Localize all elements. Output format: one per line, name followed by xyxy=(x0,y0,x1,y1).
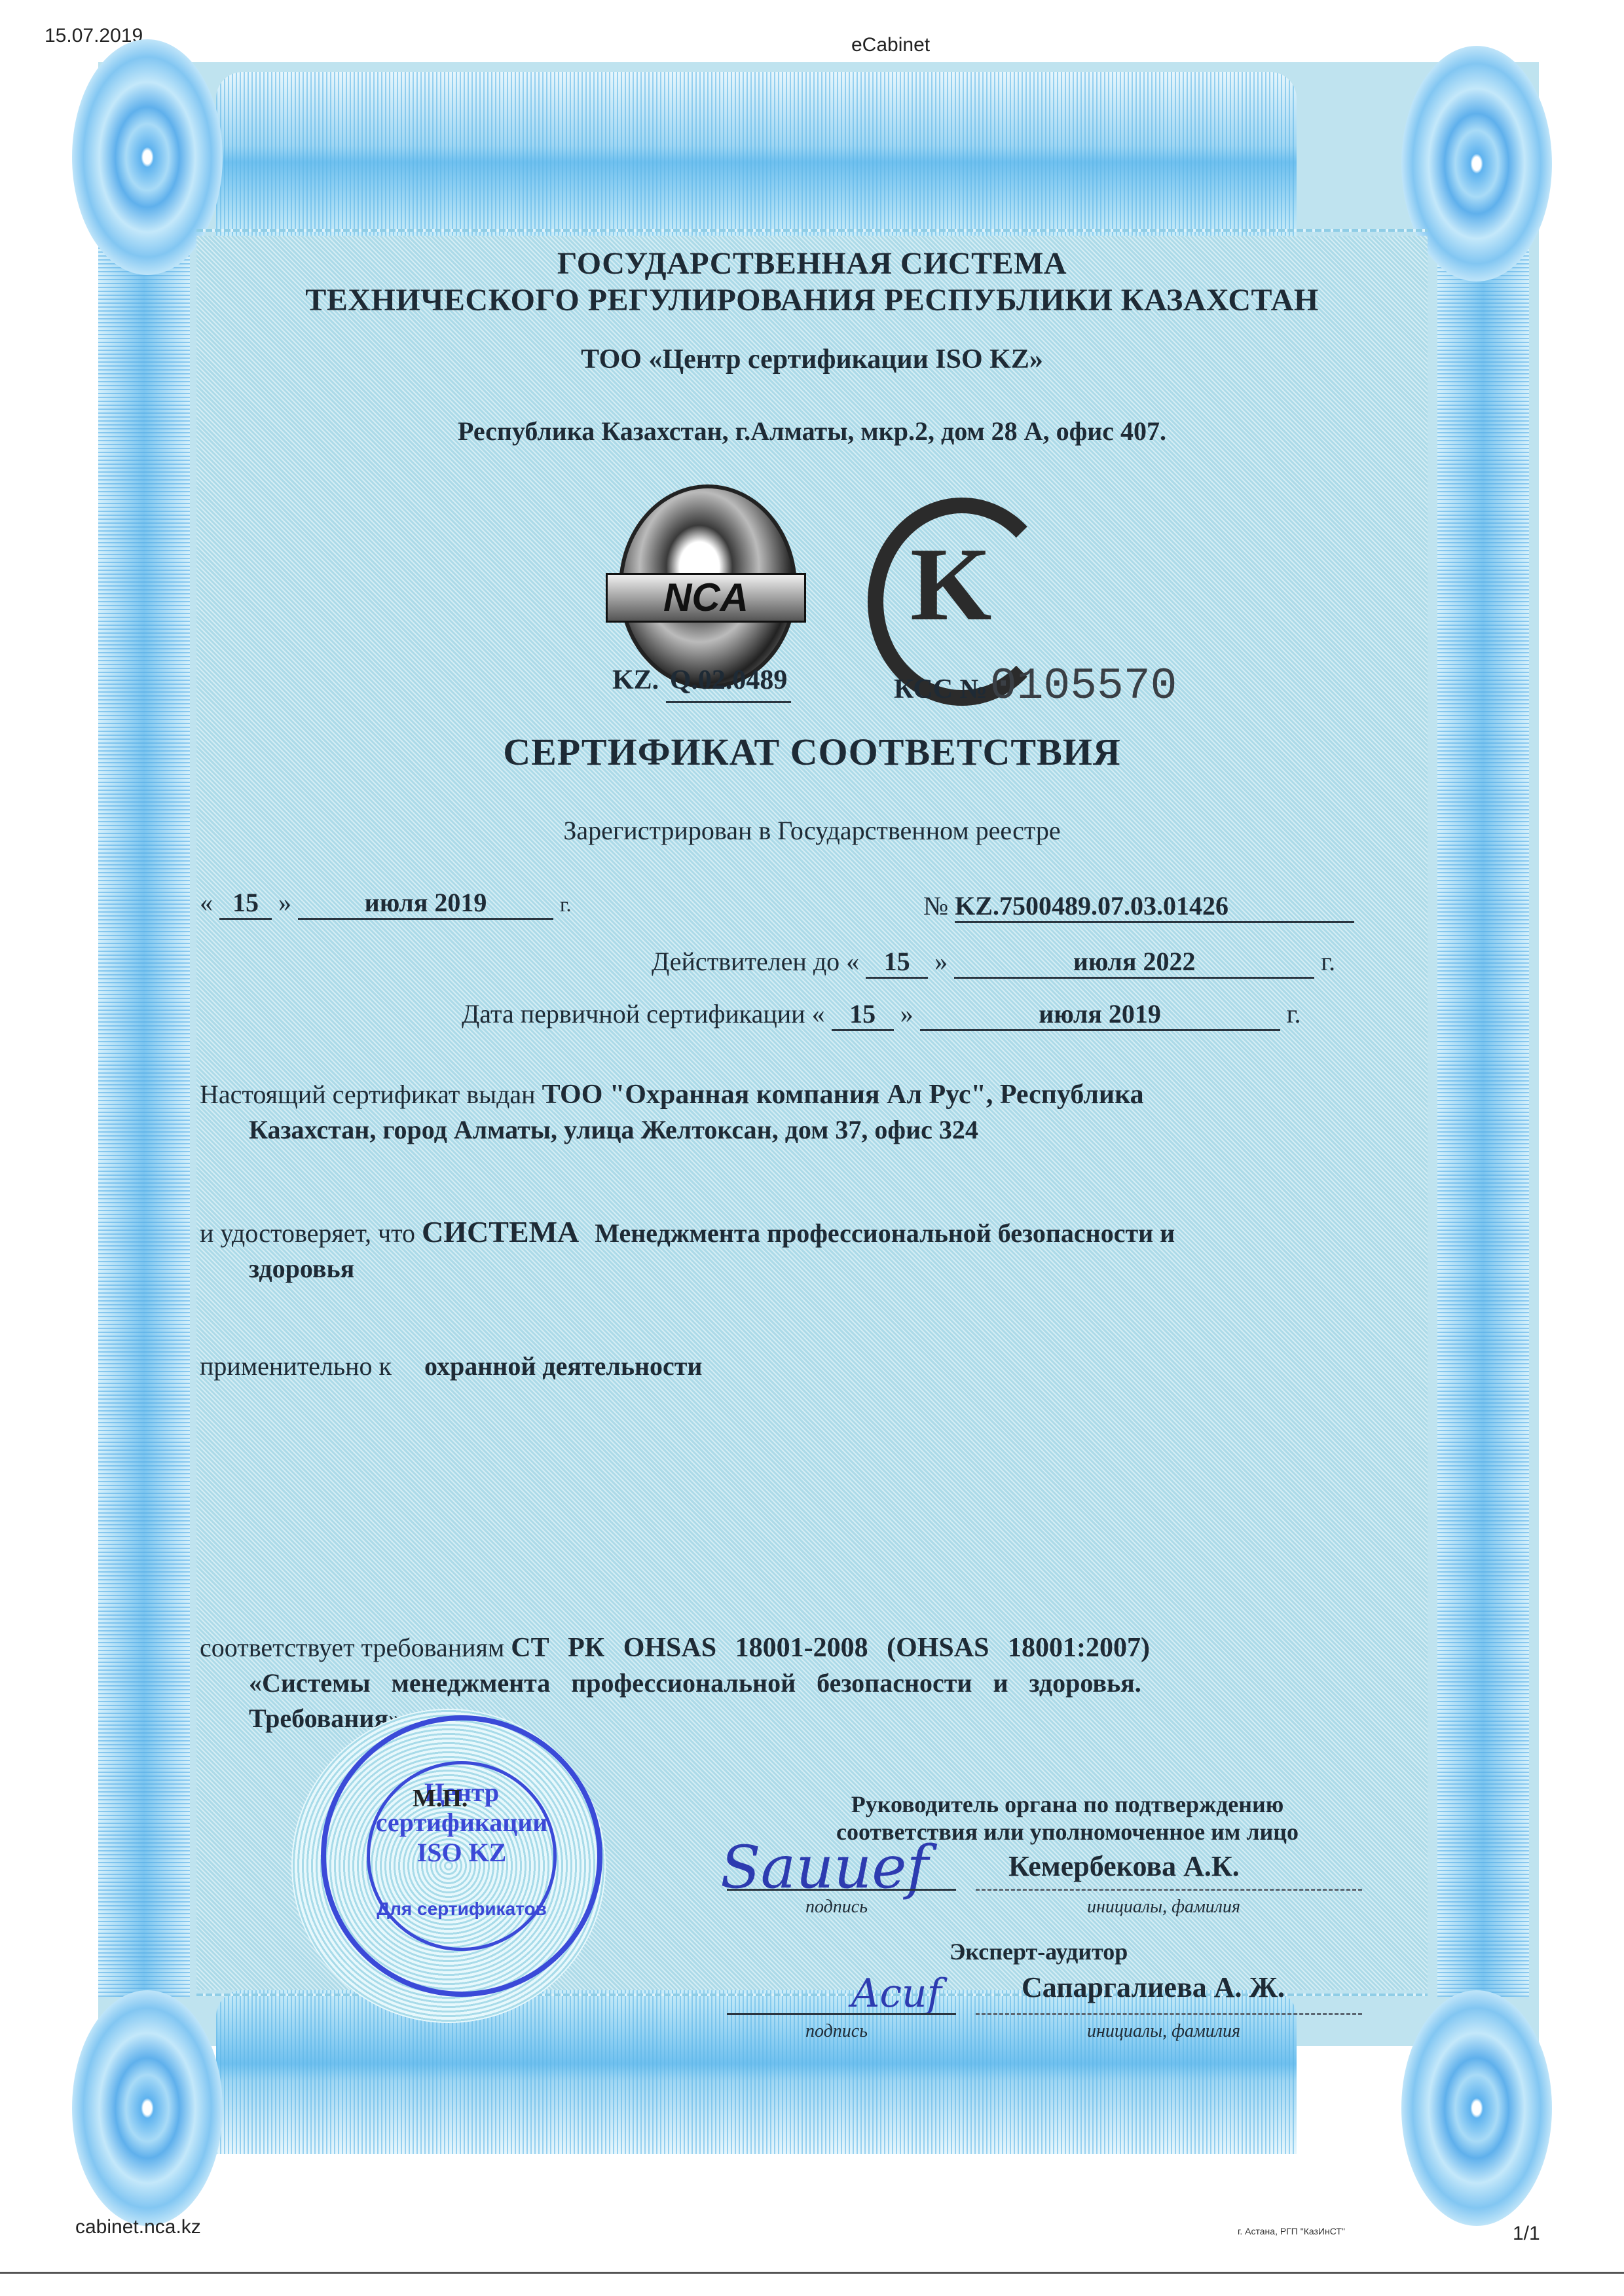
auditor-name-caption: инициалы, фамилия xyxy=(1087,2021,1240,2042)
applicable-label: применительно к xyxy=(200,1351,392,1381)
certificate-title: СЕРТИФИКАТ СООТВЕТСТВИЯ xyxy=(196,730,1428,774)
number-label: № xyxy=(923,891,948,920)
nca-logo-text: NCA xyxy=(606,573,806,623)
guilloche-border-top xyxy=(216,72,1297,236)
kz-conformity-mark-letter: K xyxy=(910,524,991,645)
auditor-signature-caption: подпись xyxy=(805,2021,868,2042)
auditor-signature: Acuf xyxy=(851,1971,942,2016)
quote-close: » xyxy=(278,888,291,917)
applicable-value: охранной деятельности xyxy=(424,1351,703,1381)
conforms: соответствует требованиям СТ РК OHSAS 18… xyxy=(200,1630,1372,1736)
registered-text: Зарегистрирован в Государственном реестр… xyxy=(196,815,1428,846)
applicable: применительно к охранной деятельности xyxy=(200,1349,702,1384)
auditor-name: Сапаргалиева А. Ж. xyxy=(1022,1971,1285,2004)
issued-to-value-line1: ТОО "Охранная компания Ал Рус", Республи… xyxy=(542,1080,1144,1110)
registration-day: 15 xyxy=(219,887,272,920)
guilloche-border-left xyxy=(98,210,190,1997)
accreditation-prefix: KZ. xyxy=(612,665,659,695)
stamp-ring-text: Для сертификатов xyxy=(367,1899,557,1920)
head-name-line xyxy=(976,1889,1362,1891)
registration-number-row: № KZ.7500489.07.03.01426 xyxy=(923,890,1354,923)
rosette-bottom-right xyxy=(1401,1990,1552,2226)
certifies-value-line2: здоровья xyxy=(200,1251,1365,1286)
authority-line2: ТЕХНИЧЕСКОГО РЕГУЛИРОВАНИЯ РЕСПУБЛИКИ КА… xyxy=(196,282,1428,319)
issued-to-label: Настоящий сертификат выдан xyxy=(200,1080,536,1109)
conforms-label: соответствует требованиям xyxy=(200,1633,504,1662)
guilloche-border-right xyxy=(1437,210,1529,1997)
year-suffix: г. xyxy=(560,892,572,916)
kss-label: КСС № xyxy=(894,674,987,704)
quote-open: « xyxy=(200,888,213,917)
valid-until-day: 15 xyxy=(866,946,928,979)
head-signature: Sauuef xyxy=(720,1833,929,1902)
issued-to-value-line2: Казахстан, город Алматы, улица Желтоксан… xyxy=(200,1112,1365,1148)
registration-number: KZ.7500489.07.03.01426 xyxy=(955,890,1354,923)
auditor-signature-line xyxy=(727,2013,956,2015)
head-name: Кемербекова А.К. xyxy=(1008,1850,1240,1883)
head-title-line1: Руководитель органа по подтверждению xyxy=(773,1791,1362,1818)
authority-line1: ГОСУДАРСТВЕННАЯ СИСТЕМА xyxy=(196,246,1428,282)
system-word: СИСТЕМА xyxy=(422,1215,579,1248)
conforms-value-line1: СТ РК OHSAS 18001-2008 (OHSAS 18001:2007… xyxy=(511,1633,1150,1663)
registration-month-year: июля 2019 xyxy=(298,887,553,920)
valid-until-row: Действителен до « 15 » июля 2022 г. xyxy=(652,946,1335,979)
registration-date: « 15 » июля 2019 г. xyxy=(200,887,572,920)
certifies-value-line1: Менеджмента профессиональной безопасност… xyxy=(595,1218,1175,1248)
initial-certification-month-year: июля 2019 xyxy=(920,998,1280,1031)
valid-until-month-year: июля 2022 xyxy=(954,946,1314,979)
authority-heading: ГОСУДАРСТВЕННАЯ СИСТЕМА ТЕХНИЧЕСКОГО РЕГ… xyxy=(196,246,1428,319)
head-name-caption: инициалы, фамилия xyxy=(1087,1897,1240,1918)
year-suffix: г. xyxy=(1321,947,1335,976)
issuer-name: ТОО «Центр сертификации ISO KZ» xyxy=(196,344,1428,375)
year-suffix: г. xyxy=(1287,999,1301,1029)
head-signature-caption: подпись xyxy=(805,1897,868,1918)
page-edge-line xyxy=(0,2272,1624,2274)
accreditation-number: Q.02.0489 xyxy=(666,665,792,703)
kss-number: 0105570 xyxy=(990,661,1177,712)
conforms-value-line2: «Системы менеджмента профессиональной бе… xyxy=(200,1666,1372,1701)
footer-printer: г. Астана, РГП "КазИнСТ" xyxy=(1238,2226,1345,2236)
initial-certification-row: Дата первичной сертификации « 15 » июля … xyxy=(462,998,1301,1031)
auditor-title: Эксперт-аудитор xyxy=(950,1938,1128,1965)
auditor-name-line xyxy=(976,2013,1362,2015)
app-name: eCabinet xyxy=(851,34,930,56)
footer-page-number: 1/1 xyxy=(1513,2223,1540,2245)
certifies-label: и удостоверяет, что xyxy=(200,1218,415,1248)
accreditation: KZ. Q.02.0489 xyxy=(612,665,791,703)
initial-certification-label: Дата первичной сертификации « xyxy=(462,999,825,1029)
divider-top xyxy=(196,229,1428,232)
issued-to: Настоящий сертификат выдан ТОО "Охранная… xyxy=(200,1077,1365,1148)
head-signature-line xyxy=(727,1889,956,1891)
valid-until-label: Действителен до « xyxy=(652,947,859,976)
kss: КСС № 0105570 xyxy=(894,661,1177,712)
quote-close: » xyxy=(934,947,948,976)
footer-site: cabinet.nca.kz xyxy=(75,2216,201,2238)
stamp-line3: ISO KZ xyxy=(367,1838,557,1868)
initial-certification-day: 15 xyxy=(832,998,894,1031)
rosette-bottom-left xyxy=(72,1990,223,2226)
mp-label: М.П. xyxy=(413,1784,468,1813)
issuer-address: Республика Казахстан, г.Алматы, мкр.2, д… xyxy=(196,416,1428,446)
quote-close: » xyxy=(900,999,913,1029)
certifies: и удостоверяет, что СИСТЕМА Менеджмента … xyxy=(200,1214,1365,1286)
